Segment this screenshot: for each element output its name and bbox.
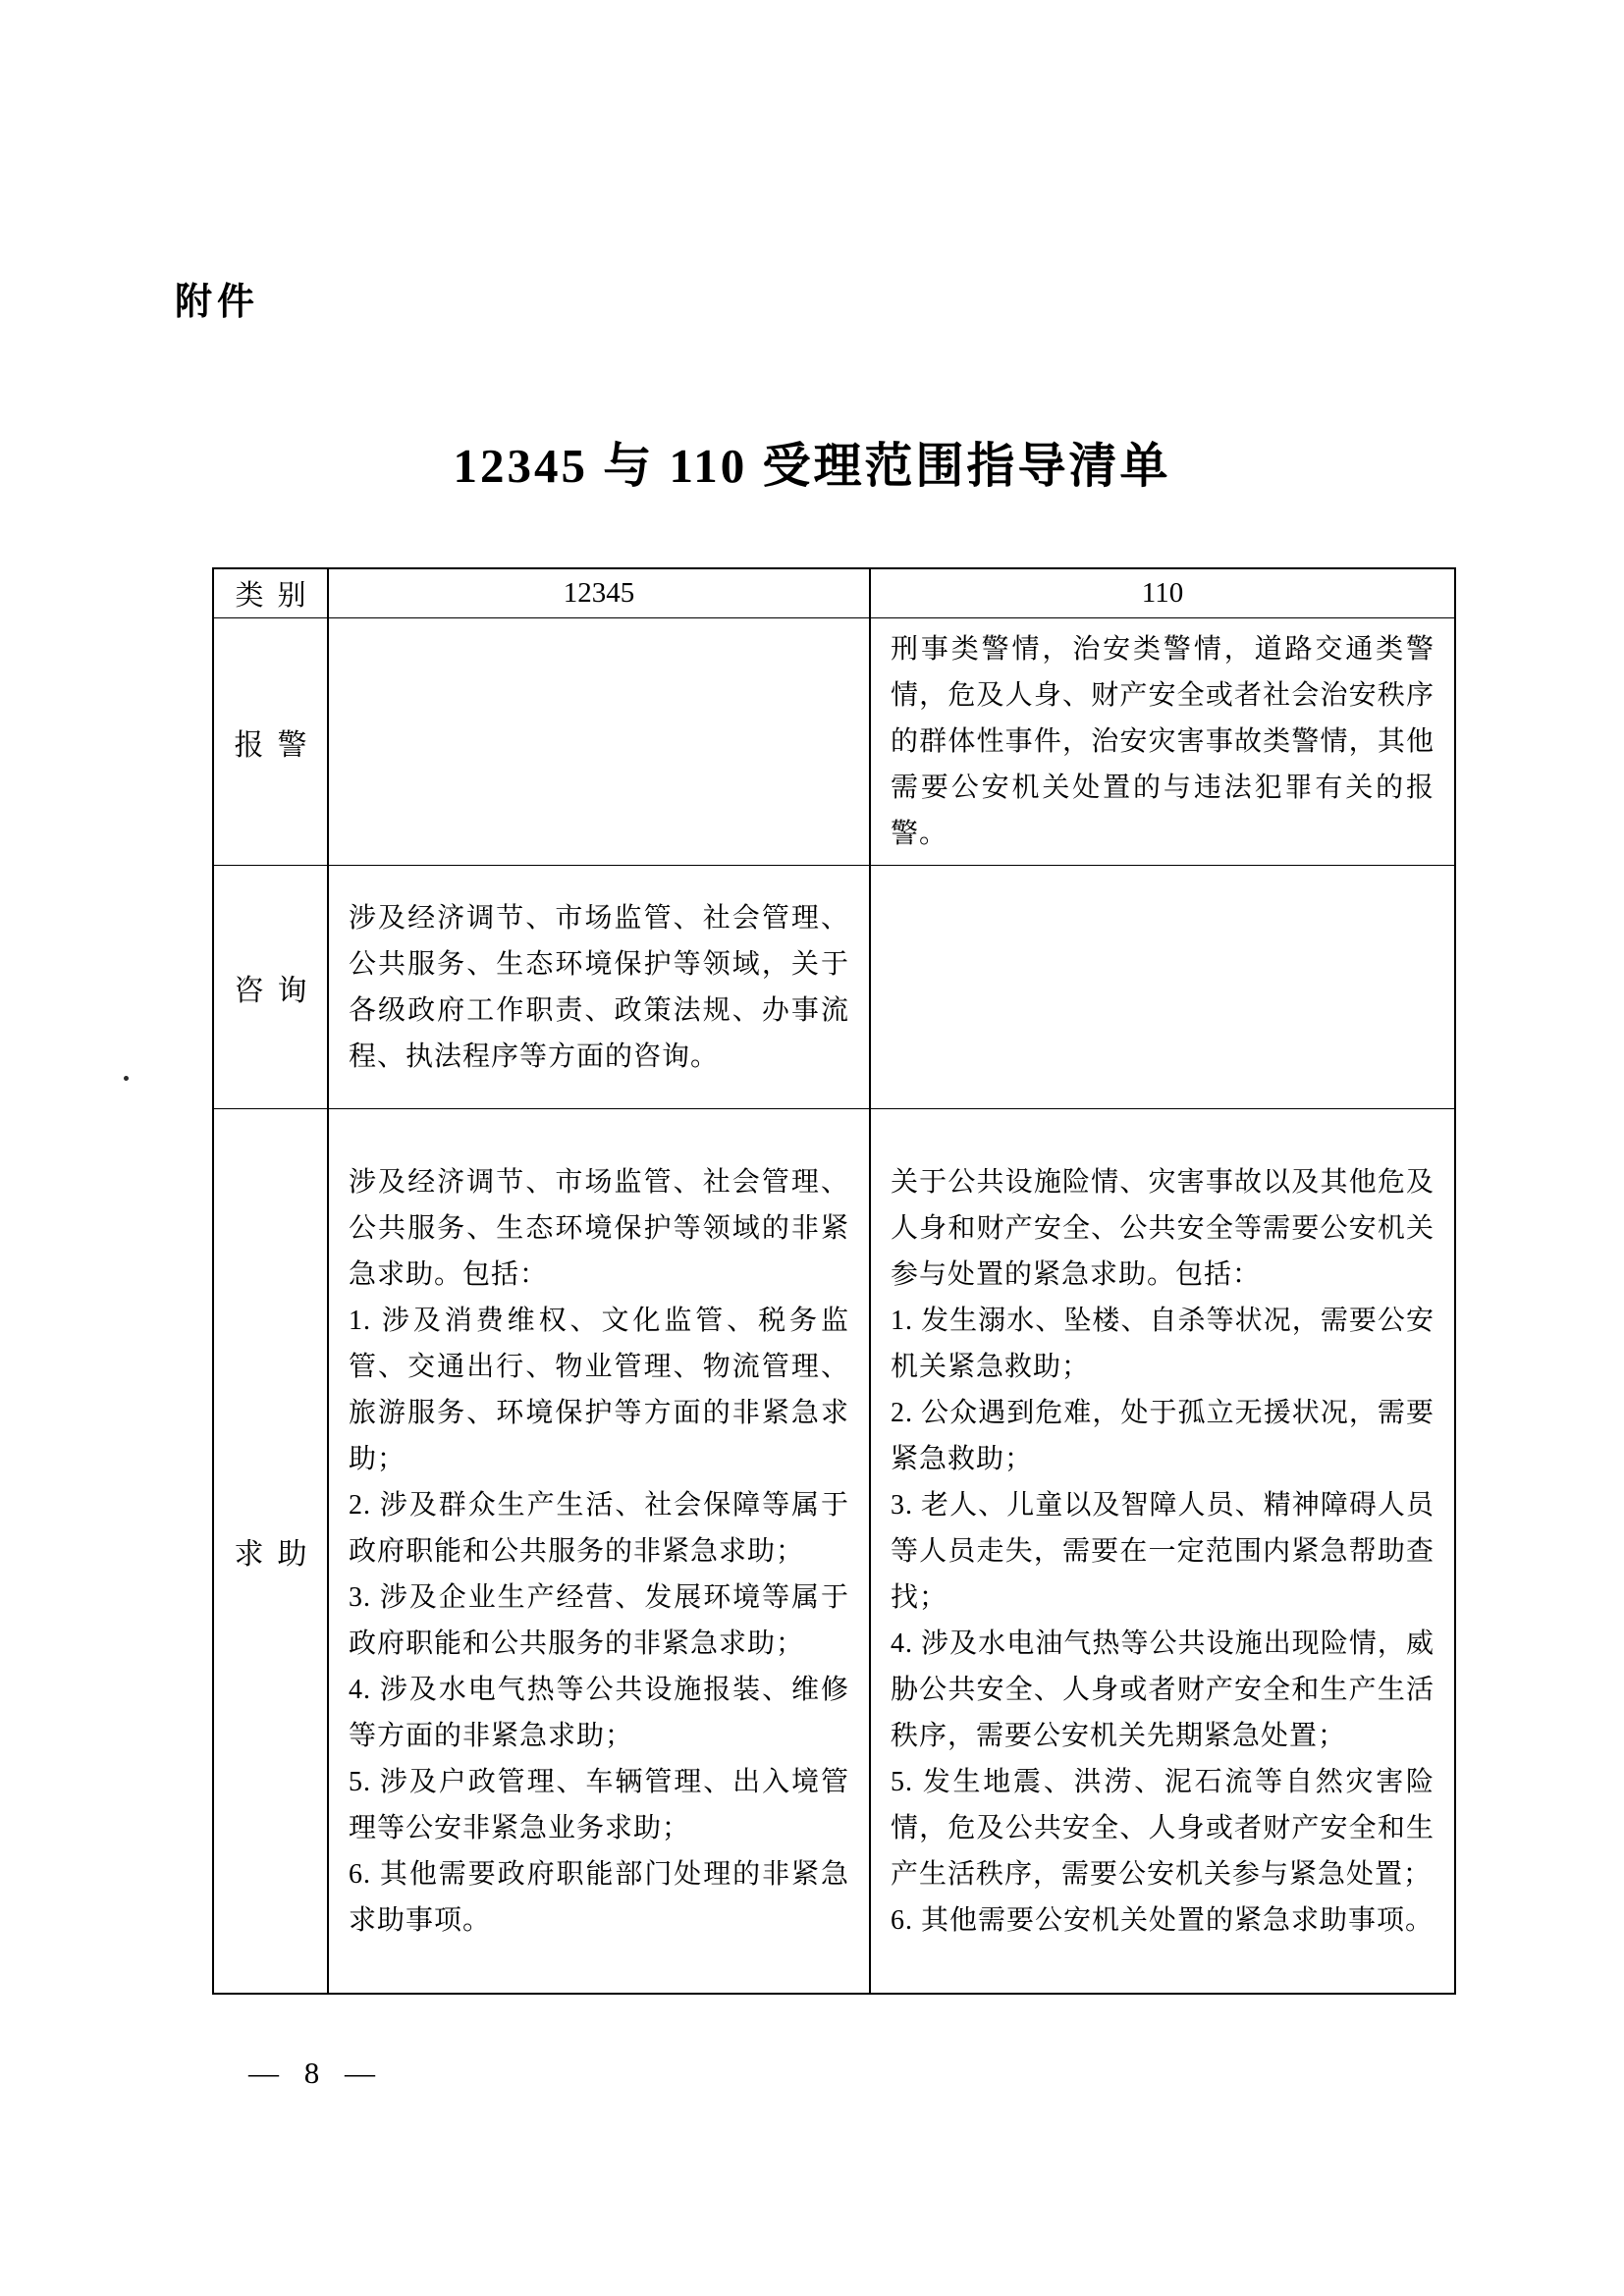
scan-speck <box>124 1076 129 1081</box>
row-label-help: 求助 <box>214 1109 329 1993</box>
document-page: 附件 12345 与 110 受理范围指导清单 类别 12345 110 报警 … <box>0 0 1624 2296</box>
row-label-help-text: 求助 <box>235 1529 321 1573</box>
paragraph: 涉及经济调节、市场监管、社会管理、公共服务、生态环境保护等领域的非紧急求助。包括… <box>349 1159 849 1298</box>
row-label-consultation-text: 咨询 <box>235 966 321 1009</box>
paragraph: 3. 老人、儿童以及智障人员、精神障碍人员等人员走失，需要在一定范围内紧急帮助查… <box>891 1482 1435 1621</box>
header-12345-label: 12345 <box>564 577 635 610</box>
row-label-consultation: 咨询 <box>214 866 329 1109</box>
paragraph: 1. 涉及消费维权、文化监管、税务监管、交通出行、物业管理、物流管理、旅游服务、… <box>349 1298 849 1482</box>
header-110-label: 110 <box>1142 577 1183 610</box>
paragraph: 3. 涉及企业生产经营、发展环境等属于政府职能和公共服务的非紧急求助； <box>349 1575 849 1667</box>
paragraph: 2. 公众遇到危难，处于孤立无援状况，需要紧急救助； <box>891 1390 1435 1482</box>
page-number: — 8 — <box>248 2056 384 2091</box>
guidance-table: 类别 12345 110 报警 刑事类警情，治安类警情，道路交通类警情，危及人身… <box>212 567 1456 1995</box>
paragraph: 关于公共设施险情、灾害事故以及其他危及人身和财产安全、公共安全等需要公安机关参与… <box>891 1159 1435 1298</box>
cell-alarm-12345 <box>329 618 871 866</box>
paragraph: 5. 涉及户政管理、车辆管理、出入境管理等公安非紧急业务求助； <box>349 1759 849 1851</box>
cell-help-12345: 涉及经济调节、市场监管、社会管理、公共服务、生态环境保护等领域的非紧急求助。包括… <box>329 1109 871 1993</box>
header-cell-category: 类别 <box>214 569 329 618</box>
cell-alarm-110: 刑事类警情，治安类警情，道路交通类警情，危及人身、财产安全或者社会治安秩序的群体… <box>871 618 1454 866</box>
paragraph: 涉及经济调节、市场监管、社会管理、公共服务、生态环境保护等领域，关于各级政府工作… <box>349 895 849 1080</box>
paragraph: 6. 其他需要政府职能部门处理的非紧急求助事项。 <box>349 1851 849 1944</box>
header-category-label: 类别 <box>235 573 319 614</box>
header-cell-110: 110 <box>871 569 1454 618</box>
cell-consultation-110 <box>871 866 1454 1109</box>
row-label-alarm: 报警 <box>214 618 329 866</box>
header-cell-12345: 12345 <box>329 569 871 618</box>
attachment-label: 附件 <box>175 271 259 325</box>
paragraph: 5. 发生地震、洪涝、泥石流等自然灾害险情，危及公共安全、人身或者财产安全和生产… <box>891 1759 1435 1897</box>
paragraph: 刑事类警情，治安类警情，道路交通类警情，危及人身、财产安全或者社会治安秩序的群体… <box>891 626 1435 857</box>
paragraph: 4. 涉及水电油气热等公共设施出现险情，威胁公共安全、人身或者财产安全和生产生活… <box>891 1621 1435 1759</box>
cell-help-110: 关于公共设施险情、灾害事故以及其他危及人身和财产安全、公共安全等需要公安机关参与… <box>871 1109 1454 1993</box>
page-title: 12345 与 110 受理范围指导清单 <box>0 428 1624 497</box>
paragraph: 1. 发生溺水、坠楼、自杀等状况，需要公安机关紧急救助； <box>891 1298 1435 1390</box>
paragraph: 2. 涉及群众生产生活、社会保障等属于政府职能和公共服务的非紧急求助； <box>349 1482 849 1575</box>
paragraph: 4. 涉及水电气热等公共设施报装、维修等方面的非紧急求助； <box>349 1667 849 1759</box>
row-label-alarm-text: 报警 <box>235 721 321 764</box>
cell-consultation-12345: 涉及经济调节、市场监管、社会管理、公共服务、生态环境保护等领域，关于各级政府工作… <box>329 866 871 1109</box>
paragraph: 6. 其他需要公安机关处置的紧急求助事项。 <box>891 1897 1435 1944</box>
